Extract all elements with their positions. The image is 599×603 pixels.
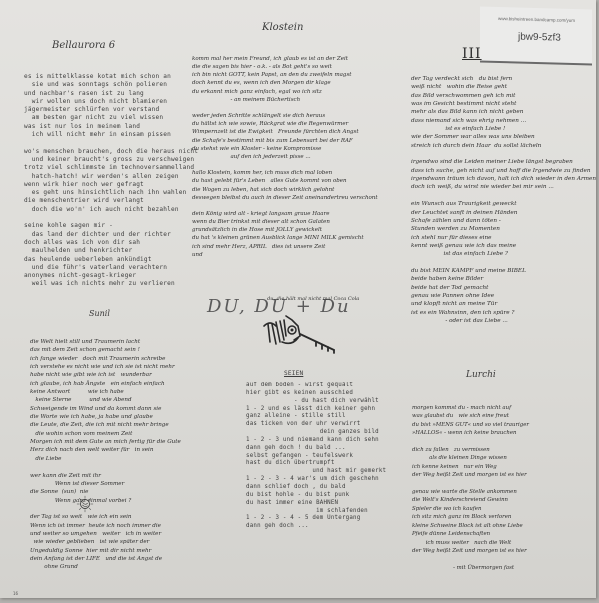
song-lyrics-iii: der Tag verdeckt sich du bist fern weiß …	[411, 75, 596, 325]
download-code: jbw9-5zf3	[518, 32, 561, 44]
song-title-iii: III	[462, 46, 482, 62]
klostein-closing-line: du, die hält mal nicht mal Coca Cola	[267, 295, 359, 303]
bandcamp-url: www.bisheintreen.bandcamp.com/yum	[498, 16, 575, 23]
song-lyrics-sunil: die Welt hielt still und Traumerin lacht…	[30, 338, 181, 572]
lyric-sheet: www.bisheintreen.bandcamp.com/yum jbw9-5…	[0, 0, 596, 598]
song-title-lurchi: Lurchi	[466, 370, 496, 380]
download-code-sticker: www.bisheintreen.bandcamp.com/yum jbw9-5…	[480, 7, 592, 66]
song-lyrics-bellaurora: es is mittelklasse kotat mich schon an s…	[24, 73, 198, 289]
song-lyrics-lurchi: morgen kommst du - mach nicht auf was gl…	[412, 404, 529, 572]
page-number: 16	[13, 591, 18, 596]
song-lyrics-seien: auf dem boden - wirst gequält hier gibt …	[246, 382, 386, 531]
key-fish-illustration-icon	[258, 312, 338, 358]
song-title-bellaurora: Bellaurora 6	[52, 40, 115, 51]
song-title-seien: SEIEN	[284, 370, 303, 378]
song-title-sunil: Sunil	[89, 309, 110, 318]
song-title-klostein: Klostein	[262, 22, 303, 33]
sun-drawing-icon	[76, 495, 94, 513]
song-lyrics-klostein: komm mal her mein Freund, ich glaub es i…	[192, 55, 378, 259]
